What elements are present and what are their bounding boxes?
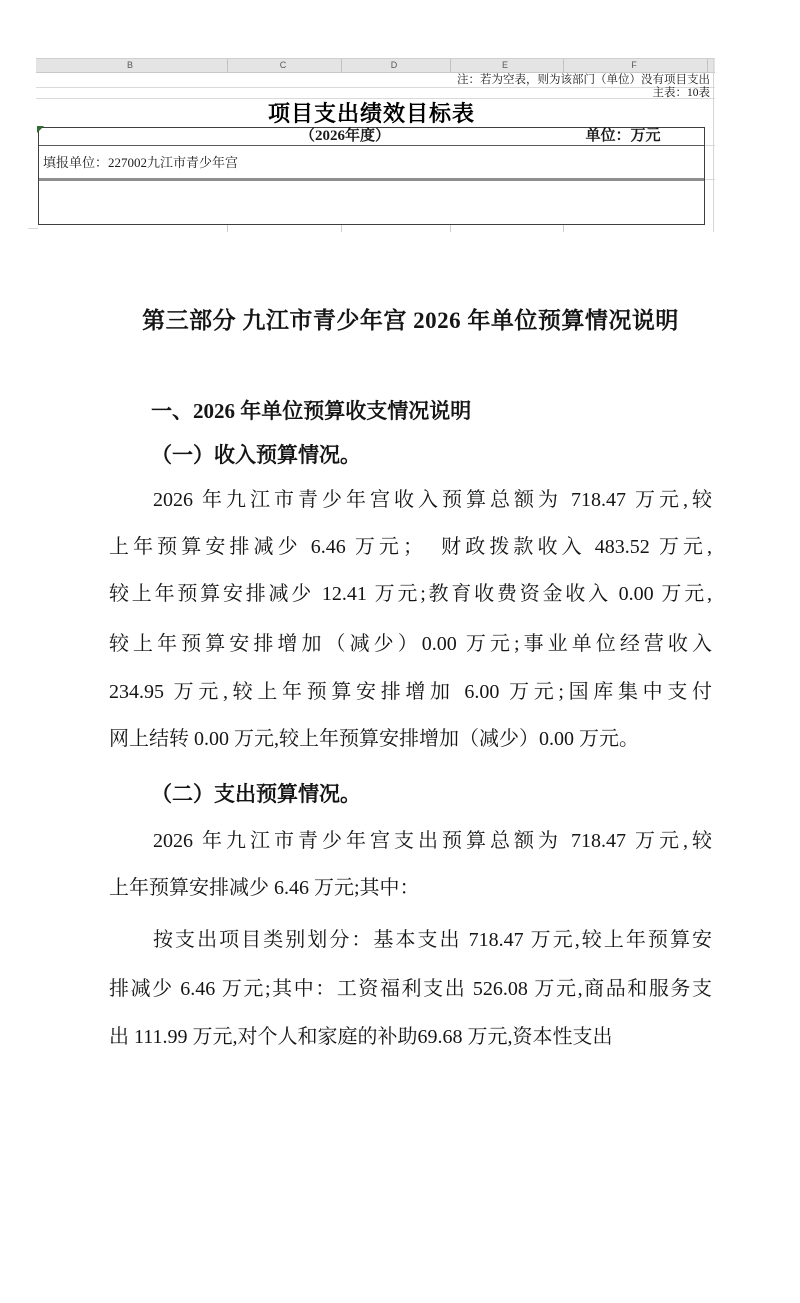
gridline (227, 225, 228, 232)
expense-budget-heading: （二）支出预算情况。 (109, 779, 712, 809)
cell-corner-marker (37, 126, 44, 133)
paragraph-line: 2026 年九江市青少年宫支出预算总额为 718.47 万元,较 (109, 826, 712, 856)
unit-cell: 单位：万元 (585, 128, 660, 145)
column-header-band: B C D E F (36, 58, 715, 73)
gridline (450, 225, 451, 232)
paragraph-line: 2026 年九江市青少年宫收入预算总额为 718.47 万元,较 (109, 485, 712, 515)
table-divider-thin (39, 145, 704, 146)
column-separator (563, 59, 564, 72)
income-budget-heading: （一）收入预算情况。 (109, 440, 712, 470)
sheet-table-box: （2026年度） 单位：万元 填报单位：227002九江市青少年宫 (38, 127, 705, 225)
column-separator (707, 59, 708, 72)
section-heading: 第三部分 九江市青少年宫 2026 年单位预算情况说明 (109, 306, 712, 336)
paragraph-line: 网上结转 0.00 万元,较上年预算安排增加（减少）0.00 万元。 (109, 724, 712, 754)
column-header-d: D (391, 60, 398, 71)
column-separator (341, 59, 342, 72)
paragraph-line: 上年预算安排减少 6.46 万元;其中： (109, 873, 712, 903)
paragraph-line: 较上年预算安排增加（减少）0.00 万元;事业单位经营收入 (109, 629, 712, 659)
paragraph-line: 按支出项目类别划分：基本支出 718.47 万元,较上年预算安 (109, 925, 712, 955)
paragraph-line: 排减少 6.46 万元;其中：工资福利支出 526.08 万元,商品和服务支 (109, 974, 712, 1004)
subsection-1-heading: 一、2026 年单位预算收支情况说明 (109, 396, 712, 426)
column-header-f: F (631, 60, 637, 71)
paragraph-line: 上年预算安排减少 6.46 万元； 财政拨款收入 483.52 万元, (109, 532, 712, 562)
gridline (563, 225, 564, 232)
column-header-e: E (502, 60, 508, 71)
column-separator (227, 59, 228, 72)
column-header-b: B (127, 60, 133, 71)
paragraph-line: 234.95 万元,较上年预算安排增加 6.00 万元;国库集中支付 (109, 677, 712, 707)
sheet-note: 注：若为空表，则为该部门（单位）没有项目支出 (36, 74, 710, 86)
sheet-main-table-note: 主表：10表 (36, 87, 710, 99)
column-separator (450, 59, 451, 72)
paragraph-line: 较上年预算安排减少 12.41 万元;教育收费资金收入 0.00 万元, (109, 579, 712, 609)
reporting-unit-cell: 填报单位：227002九江市青少年宫 (43, 148, 238, 178)
gridline (341, 225, 342, 232)
year-cell: （2026年度） (300, 128, 390, 145)
gridline (705, 179, 715, 180)
gridline (705, 145, 715, 146)
table-divider-thick (39, 178, 704, 181)
budget-document-page: { "sheet": { "columns": ["B", "C", "D", … (0, 0, 800, 1303)
column-header-c: C (280, 60, 287, 71)
sheet-table-title: 项目支出绩效目标表 (36, 101, 707, 126)
gridline (28, 228, 38, 229)
paragraph-line: 出 111.99 万元,对个人和家庭的补助69.68 万元,资本性支出 (109, 1022, 712, 1052)
